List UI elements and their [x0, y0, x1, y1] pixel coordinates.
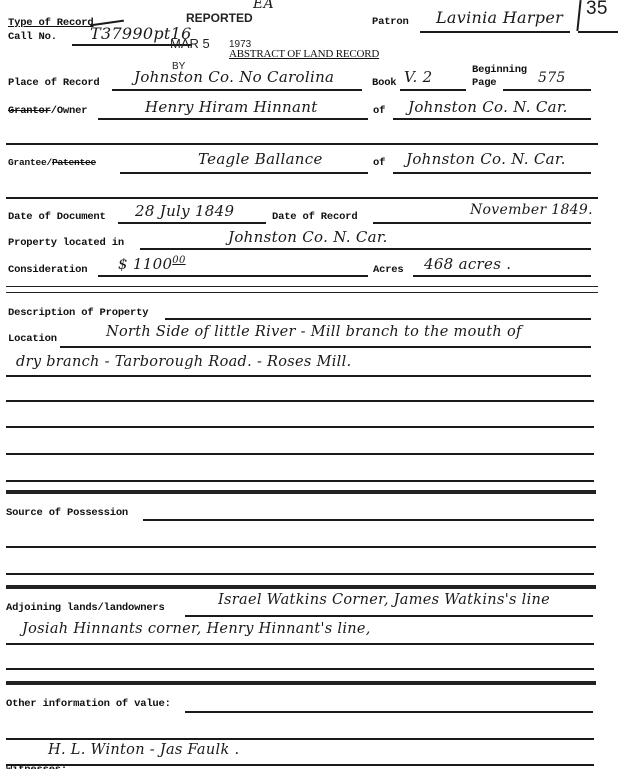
location-label: Location	[8, 333, 57, 345]
grantee-of-field[interactable]	[393, 172, 591, 174]
witnesses-field[interactable]	[6, 764, 594, 766]
source-blank-line[interactable]	[6, 546, 596, 548]
consideration-cents: 00	[172, 255, 185, 266]
source-blank-line[interactable]	[6, 573, 594, 575]
page-value: 575	[538, 70, 566, 86]
consideration-field[interactable]	[98, 275, 368, 277]
grantor-label-struck: Grantor	[8, 105, 51, 117]
separator	[6, 143, 598, 145]
page-field[interactable]	[503, 89, 591, 91]
reported-stamp: REPORTED	[186, 11, 253, 25]
book-label: Book	[372, 77, 396, 89]
acres-label: Acres	[373, 264, 404, 276]
sheet-number: 35	[586, 0, 608, 20]
place-of-record-field[interactable]	[112, 89, 362, 91]
adjoining-field-line-1[interactable]	[185, 615, 593, 617]
form-title: ABSTRACT OF LAND RECORD	[229, 48, 379, 60]
source-of-possession-field[interactable]	[143, 519, 594, 521]
type-of-record-label: Type of Record	[8, 17, 93, 29]
description-blank-line[interactable]	[6, 400, 594, 402]
date-of-record-label: Date of Record	[272, 211, 357, 223]
acres-field[interactable]	[413, 275, 591, 277]
description-blank-line[interactable]	[6, 480, 594, 482]
description-blank-line[interactable]	[6, 453, 594, 455]
location-line-1: North Side of little River - Mill branch…	[106, 324, 522, 340]
adjoining-field-line-2[interactable]	[6, 643, 594, 645]
grantor-of-label: of	[373, 105, 385, 117]
grantee-label-struck: Patentee	[52, 157, 96, 168]
source-of-possession-label: Source of Possession	[6, 507, 128, 519]
date-of-document-label: Date of Document	[8, 211, 106, 223]
witnesses-value: H. L. Winton - Jas Faulk .	[48, 742, 239, 758]
grantor-label-rest: /Owner	[51, 105, 88, 117]
section-divider	[6, 681, 596, 685]
patron-label: Patron	[372, 16, 409, 28]
patron-field[interactable]	[420, 31, 570, 33]
property-located-field[interactable]	[140, 248, 591, 250]
place-of-record-value: Johnston Co. No Carolina	[134, 68, 334, 86]
other-info-label: Other information of value:	[6, 698, 171, 710]
grantor-of-value: Johnston Co. N. Car.	[408, 98, 568, 116]
other-info-blank-line[interactable]	[6, 738, 594, 740]
stamp-date: MAR 5	[170, 36, 210, 51]
section-divider	[6, 490, 596, 494]
adjoining-blank-line[interactable]	[6, 668, 594, 670]
location-field-line-2[interactable]	[6, 375, 591, 377]
patron-value: Lavinia Harper	[436, 8, 563, 27]
grantee-of-value: Johnston Co. N. Car.	[406, 150, 566, 168]
adjoining-line-2: Josiah Hinnants corner, Henry Hinnant's …	[22, 621, 371, 637]
consideration-value: $ 110000	[118, 255, 186, 273]
adjoining-line-1: Israel Watkins Corner, James Watkins's l…	[218, 592, 550, 608]
beginning-label: Beginning	[472, 64, 527, 76]
consideration-amount: $ 1100	[118, 255, 172, 273]
grantor-value: Henry Hiram Hinnant	[145, 98, 318, 116]
grantee-field[interactable]	[120, 172, 368, 174]
property-located-label: Property located in	[8, 237, 124, 249]
grantor-label: Grantor/Owner	[8, 105, 87, 117]
witnesses-label: Witnesses:	[6, 764, 67, 769]
other-info-field[interactable]	[185, 711, 593, 713]
grantee-value: Teagle Ballance	[198, 150, 323, 168]
grantee-label: Grantee/Patentee	[8, 157, 96, 168]
book-field[interactable]	[400, 89, 466, 91]
grantor-field[interactable]	[98, 118, 368, 120]
date-of-document-field[interactable]	[118, 222, 266, 224]
stamp-initials: EA	[253, 0, 274, 12]
acres-value: 468 acres .	[424, 255, 511, 273]
date-of-record-value: November 1849.	[470, 202, 593, 218]
separator	[6, 197, 598, 199]
location-field-line-1[interactable]	[60, 346, 591, 348]
sheet-number-divider	[576, 0, 581, 31]
property-located-value: Johnston Co. N. Car.	[228, 228, 388, 246]
adjoining-label: Adjoining lands/landowners	[6, 602, 165, 614]
call-no-label: Call No.	[8, 31, 57, 43]
page-label: Page	[472, 77, 496, 89]
description-field[interactable]	[165, 318, 591, 320]
date-of-record-field[interactable]	[373, 222, 591, 224]
consideration-label: Consideration	[8, 264, 87, 276]
grantee-label-text: Grantee/	[8, 157, 52, 168]
grantor-of-field[interactable]	[393, 118, 591, 120]
description-blank-line[interactable]	[6, 426, 594, 428]
place-of-record-label: Place of Record	[8, 77, 100, 89]
date-of-document-value: 28 July 1849	[135, 202, 234, 220]
grantee-of-label: of	[373, 157, 385, 169]
book-value: V. 2	[404, 68, 433, 86]
section-divider	[6, 286, 598, 293]
section-divider	[6, 585, 596, 589]
location-line-2: dry branch - Tarborough Road. - Roses Mi…	[16, 354, 351, 370]
sheet-number-underline	[578, 31, 618, 33]
description-label: Description of Property	[8, 307, 148, 319]
